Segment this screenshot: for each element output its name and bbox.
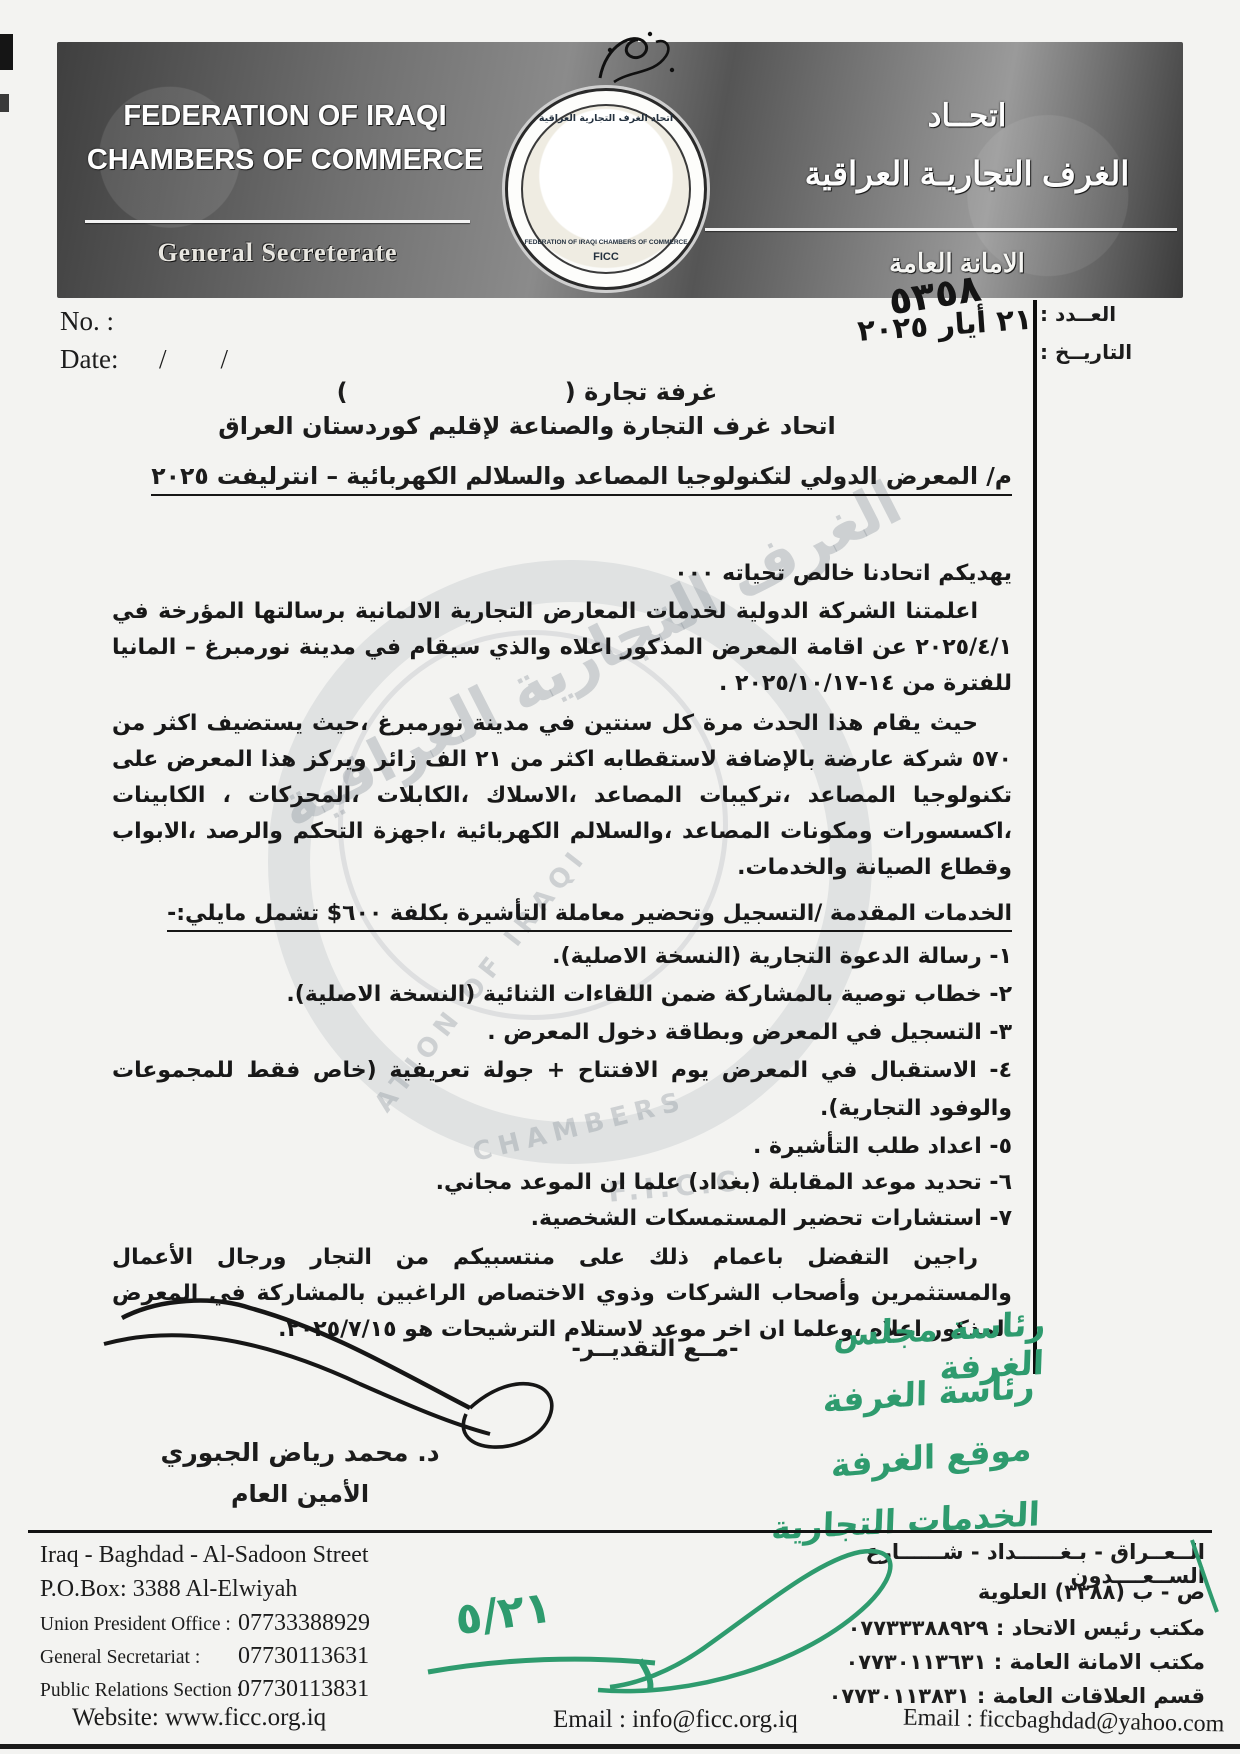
service-item: ١- رسالة الدعوة التجارية (النسخة الاصلية… bbox=[112, 938, 1012, 976]
ref-no-label-ar: العــدد : bbox=[1040, 302, 1116, 326]
service-item: ٤- الاستقبال في المعرض يوم الافتتاح + جو… bbox=[112, 1052, 1012, 1128]
footer-address-en-2: P.O.Box: 3388 Al-Elwiyah bbox=[40, 1576, 297, 1603]
footer-phone-ar: مكتب الامانة العامة : ٠٧٧٣٠١١٣٦٣١ bbox=[725, 1650, 1205, 1674]
footer-email-1: Email : info@ficc.org.iq bbox=[553, 1706, 798, 1734]
service-item: ٢- خطاب توصية بالمشاركة ضمن اللقاءات الث… bbox=[112, 976, 1012, 1014]
vertical-rule bbox=[1033, 300, 1037, 1374]
footer-divider bbox=[28, 1530, 1212, 1533]
service-item: ٣- التسجيل في المعرض وبطاقة دخول المعرض … bbox=[112, 1014, 1012, 1052]
footer-email-2: Email : ficcbaghdad@yahoo.com bbox=[903, 1705, 1225, 1739]
green-note: موقع الغرفة bbox=[770, 1429, 1031, 1491]
org-title-en-line2: CHAMBERS OF COMMERCE bbox=[85, 138, 485, 182]
ficc-logo: اتحاد الغرف التجارية العراقية FEDERATION… bbox=[505, 88, 707, 290]
signatory-title: الأمين العام bbox=[150, 1480, 450, 1508]
footer-phone-value: 07733388929 bbox=[238, 1610, 370, 1637]
ref-date-label: Date: / / bbox=[60, 344, 228, 375]
dept-title-en: General Secreterate bbox=[85, 238, 470, 268]
footer-website: Website: www.ficc.org.iq bbox=[72, 1704, 326, 1732]
logo-emblem-icon bbox=[550, 139, 662, 231]
addressee-line1: غرفة تجارة ( ) bbox=[112, 378, 942, 406]
scanned-letter-page: الغرف التجارية العراقية ATION OF IRAQI C… bbox=[0, 0, 1240, 1754]
footer-phone-label: General Secretariat : bbox=[40, 1647, 200, 1669]
bottom-edge-line bbox=[0, 1744, 1240, 1749]
footer-phone-label: Public Relations Section : bbox=[40, 1680, 242, 1702]
service-item: ٥- اعداد طلب التأشيرة . bbox=[112, 1128, 1012, 1166]
ref-date-value-handwritten: ٢١ أيار ٢٠٢٥ bbox=[851, 302, 1033, 348]
footer-phone-value: 07730113831 bbox=[238, 1676, 369, 1703]
services-heading: الخدمات المقدمة /التسجيل وتحضير معاملة ا… bbox=[112, 896, 1012, 932]
org-title-ar-line1: اتحــاد bbox=[747, 98, 1187, 134]
body-paragraph-2: حيث يقام هذا الحدث مرة كل سنتين في مدينة… bbox=[112, 706, 1012, 886]
footer-phone-value: 07730113631 bbox=[238, 1643, 369, 1670]
body-paragraph-1: اعلمتنا الشركة الدولية لخدمات المعارض ال… bbox=[112, 594, 1012, 702]
scan-mark bbox=[0, 34, 13, 70]
header-rule-left bbox=[85, 220, 470, 223]
service-item: ٦- تحديد موعد المقابلة (بغداد) علما ان ا… bbox=[112, 1164, 1012, 1202]
scan-mark bbox=[0, 94, 9, 112]
logo-top-text: اتحاد الغرف التجارية العراقية bbox=[508, 113, 704, 124]
service-item: ٧- استشارات تحضير المستمسكات الشخصية. bbox=[112, 1200, 1012, 1238]
green-date-annotation: ٥/٢١ bbox=[452, 1582, 555, 1646]
footer-phone-ar: مكتب رئيس الاتحاد : ٠٧٧٣٣٣٨٨٩٢٩ bbox=[725, 1616, 1205, 1640]
ref-no-label: No. : bbox=[60, 306, 114, 337]
footer-pobox-ar: ص - ب (٣٣٨٨) العلوية bbox=[725, 1580, 1205, 1604]
footer-address-en-1: Iraq - Baghdad - Al-Sadoon Street bbox=[40, 1542, 369, 1569]
footer-phone-ar: قسم العلاقات العامة : ٠٧٧٣٠١١٣٨٣١ bbox=[725, 1684, 1205, 1708]
org-title-en: FEDERATION OF IRAQI CHAMBERS OF COMMERCE bbox=[85, 94, 485, 182]
logo-bottom-text: FEDERATION OF IRAQI CHAMBERS OF COMMERCE bbox=[508, 239, 704, 246]
body-greeting: يهديكم اتحادنا خالص تحياته ٠٠٠ bbox=[112, 556, 1084, 592]
header-rule-right bbox=[705, 228, 1177, 231]
subject-line: م/ المعرض الدولي لتكنولوجيا المصاعد والس… bbox=[112, 462, 1012, 490]
footer-phone-label: Union President Office : bbox=[40, 1614, 231, 1636]
org-title-en-line1: FEDERATION OF IRAQI bbox=[85, 94, 485, 138]
logo-acronym: FICC bbox=[508, 251, 704, 263]
bismillah-calligraphy-icon bbox=[592, 26, 682, 92]
ref-date-label-ar: التاريــخ : bbox=[1040, 340, 1132, 364]
org-title-ar-line2: الغرف التجاريـة العراقية bbox=[717, 154, 1217, 193]
signatory-name: د. محمد رياض الجبوري bbox=[150, 1438, 450, 1467]
addressee-line2: اتحاد غرف التجارة والصناعة لإقليم كوردست… bbox=[112, 412, 942, 440]
